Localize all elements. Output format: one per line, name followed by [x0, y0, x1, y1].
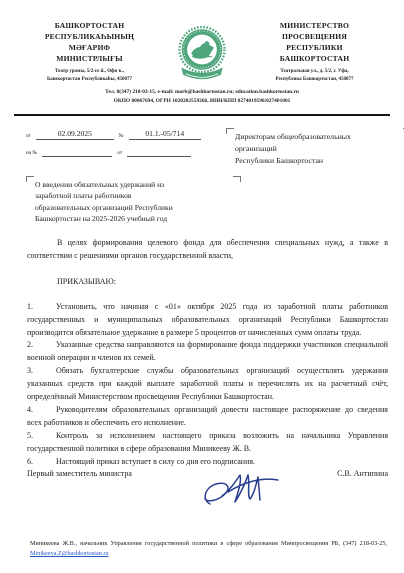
signer-name: С.В. Антипина: [337, 469, 388, 478]
addressee-block: Директорам общеобразовательных организац…: [226, 128, 404, 167]
org-address-russian: Театральная ул., д. 5/2, г. Уфа, Республ…: [237, 68, 392, 84]
subject-line: О введении обязательных удержаний из: [35, 179, 233, 190]
contact-registry-codes: ОКПО 00067694, ОГРН 1020202559266, ИНН/К…: [0, 97, 404, 106]
number-field: 01.1.-05/714: [129, 129, 201, 140]
address-line: Театр урамы, 5/2-се й., Өфө ҡ.,: [12, 68, 167, 76]
org-name-russian-lines: МИНИСТЕРСТВО ПРОСВЕЩЕНИЯ РЕСПУБЛИКИ БАШК…: [237, 20, 392, 64]
reference-row-reply: на № от: [26, 146, 218, 157]
org-line: МИНИСТЕРСТВО: [237, 20, 392, 31]
org-line: ПРОСВЕЩЕНИЯ: [237, 31, 392, 42]
org-line: РЕСПУБЛИКИ: [237, 42, 392, 53]
item-number: 3.: [27, 365, 56, 378]
executor-text: Миникеева Ж.В., начальник Управления гос…: [30, 540, 387, 547]
org-line: БАШКОРТОСТАН: [237, 53, 392, 64]
contact-phone-email: Тел. 8(347) 218-03-15, e-mail: morb@bash…: [0, 88, 404, 97]
from-label: от: [26, 133, 31, 140]
org-address-bashkir: Театр урамы, 5/2-се й., Өфө ҡ., Башҡорто…: [12, 68, 167, 84]
item-text: Указанные средства направляются на форми…: [27, 340, 388, 362]
item-number: 1.: [27, 301, 56, 314]
order-item-2: 2.Указанные средства направляются на фор…: [27, 339, 388, 365]
order-item-4: 4.Руководителям образовательных организа…: [27, 404, 388, 430]
on-number-field: [42, 146, 112, 157]
document-page: БАШКОРТОСТАН РЕСПУБЛИКАҺЫНЫҢ МӘҒАРИФ МИН…: [0, 0, 404, 573]
item-text: Обязать бухгалтерские службы образовател…: [27, 366, 388, 401]
signer-position: Первый заместитель министра: [27, 469, 132, 478]
reference-row-date-number: от 02.09.2025 № 01.1.-05/714: [26, 129, 218, 140]
org-line: РЕСПУБЛИКАҺЫНЫҢ: [12, 31, 167, 42]
address-line: Театральная ул., д. 5/2, г. Уфа,: [237, 68, 392, 76]
item-number: 6.: [27, 456, 56, 469]
order-item-3: 3.Обязать бухгалтерские службы образоват…: [27, 365, 388, 404]
executor-note: Миникеева Ж.В., начальник Управления гос…: [30, 539, 387, 559]
subject-line: Башкортостан на 2025-2026 учебный год: [35, 213, 233, 224]
org-name-bashkir-lines: БАШКОРТОСТАН РЕСПУБЛИКАҺЫНЫҢ МӘҒАРИФ МИН…: [12, 20, 167, 64]
item-number: 2.: [27, 339, 56, 352]
subject-line: образовательных организаций Республики: [35, 202, 233, 213]
item-text: Установить, что начиная с «01» октября 2…: [27, 302, 388, 337]
order-item-1: 1.Установить, что начиная с «01» октября…: [27, 301, 388, 340]
bashkortostan-coat-of-arms-icon: [175, 23, 229, 85]
addressee-line: Директорам общеобразовательных: [235, 131, 403, 143]
org-line: БАШКОРТОСТАН: [12, 20, 167, 31]
org-name-russian: МИНИСТЕРСТВО ПРОСВЕЩЕНИЯ РЕСПУБЛИКИ БАШК…: [237, 20, 392, 84]
item-number: 5.: [27, 430, 56, 443]
item-text: Контроль за исполнением настоящего прика…: [27, 431, 388, 453]
order-body: В целях формирования целевого фонда для …: [27, 237, 388, 469]
address-line: Республика Башкортостан, 450077: [237, 76, 392, 84]
number-label: №: [119, 133, 124, 140]
header-divider: [14, 114, 390, 116]
handwritten-signature: [194, 468, 290, 518]
reference-block: от 02.09.2025 № 01.1.-05/714 на № от: [26, 129, 218, 163]
executor-email-link[interactable]: Minikeeva.Z@bashkortostan.ru: [30, 550, 109, 557]
org-name-bashkir: БАШКОРТОСТАН РЕСПУБЛИКАҺЫНЫҢ МӘҒАРИФ МИН…: [12, 20, 167, 84]
subject-line: заработной платы работников: [35, 190, 233, 201]
addressee-line: организаций: [235, 143, 403, 155]
order-word: ПРИКАЗЫВАЮ:: [27, 276, 388, 289]
org-line: МИНИСТРЛЫҒЫ: [12, 53, 167, 64]
item-number: 4.: [27, 404, 56, 417]
on-number-label: на №: [26, 150, 37, 157]
org-line: МӘҒАРИФ: [12, 42, 167, 53]
emblem-container: [171, 20, 233, 85]
date-field: 02.09.2025: [36, 129, 114, 140]
from2-field: [127, 146, 191, 157]
corner-mark-icon: [226, 128, 234, 134]
from2-label: от: [117, 150, 122, 157]
order-item-6: 6.Настоящий приказ вступает в силу со дн…: [27, 456, 388, 469]
item-text: Руководителям образовательных организаци…: [27, 405, 388, 427]
corner-mark-icon: [233, 176, 241, 182]
order-item-5: 5.Контроль за исполнением настоящего при…: [27, 430, 388, 456]
addressee-line: Республики Башкортостан: [235, 155, 403, 167]
subject-block: О введении обязательных удержаний из зар…: [26, 176, 241, 225]
intro-paragraph: В целях формирования целевого фонда для …: [27, 237, 388, 263]
address-line: Башҡортостан Республикаһы, 450077: [12, 76, 167, 84]
corner-mark-icon: [26, 176, 34, 182]
letterhead: БАШКОРТОСТАН РЕСПУБЛИКАҺЫНЫҢ МӘҒАРИФ МИН…: [12, 20, 392, 85]
item-text: Настоящий приказ вступает в силу со дня …: [56, 457, 255, 466]
contact-info: Тел. 8(347) 218-03-15, e-mail: morb@bash…: [0, 88, 404, 106]
